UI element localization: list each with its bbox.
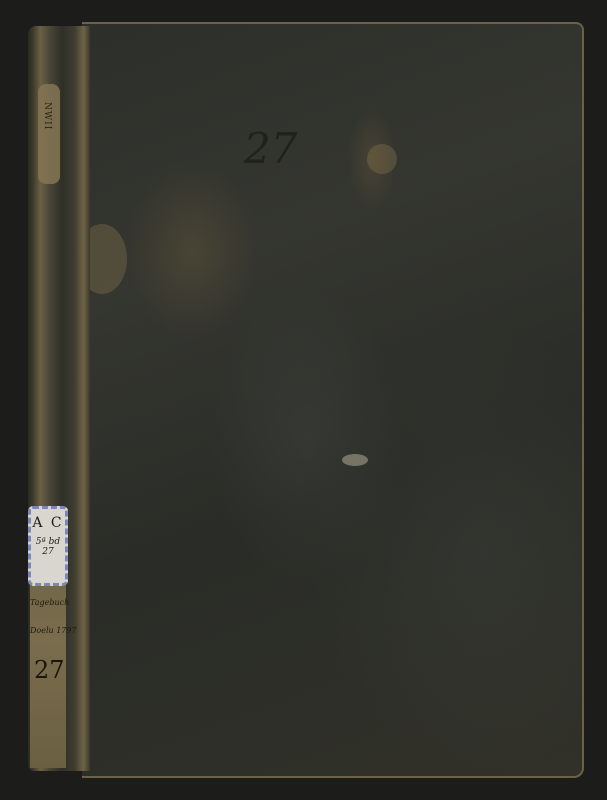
spine-label-text-2: Doelu 1797 [30, 626, 77, 635]
stain [367, 144, 397, 174]
sticker-line-1: A C [31, 515, 65, 531]
spine-top-label-text: NWII [42, 102, 52, 130]
handwritten-number: 27 [244, 124, 297, 173]
spine-label-text-1: Tagebuch [30, 598, 69, 607]
book-spine: NWII A C 5ª bd 27 Tagebuch Doelu 1797 27 [28, 26, 90, 771]
book: 27 NWII A C 5ª bd 27 Tagebuch Doelu 1797… [24, 22, 584, 778]
spine-top-label: NWII [38, 84, 60, 184]
sticker-line-2: 5ª bd 27 [31, 537, 65, 557]
library-sticker: A C 5ª bd 27 [28, 506, 68, 586]
book-cover: 27 [82, 22, 584, 778]
stain [342, 454, 368, 466]
spine-number: 27 [34, 656, 65, 684]
